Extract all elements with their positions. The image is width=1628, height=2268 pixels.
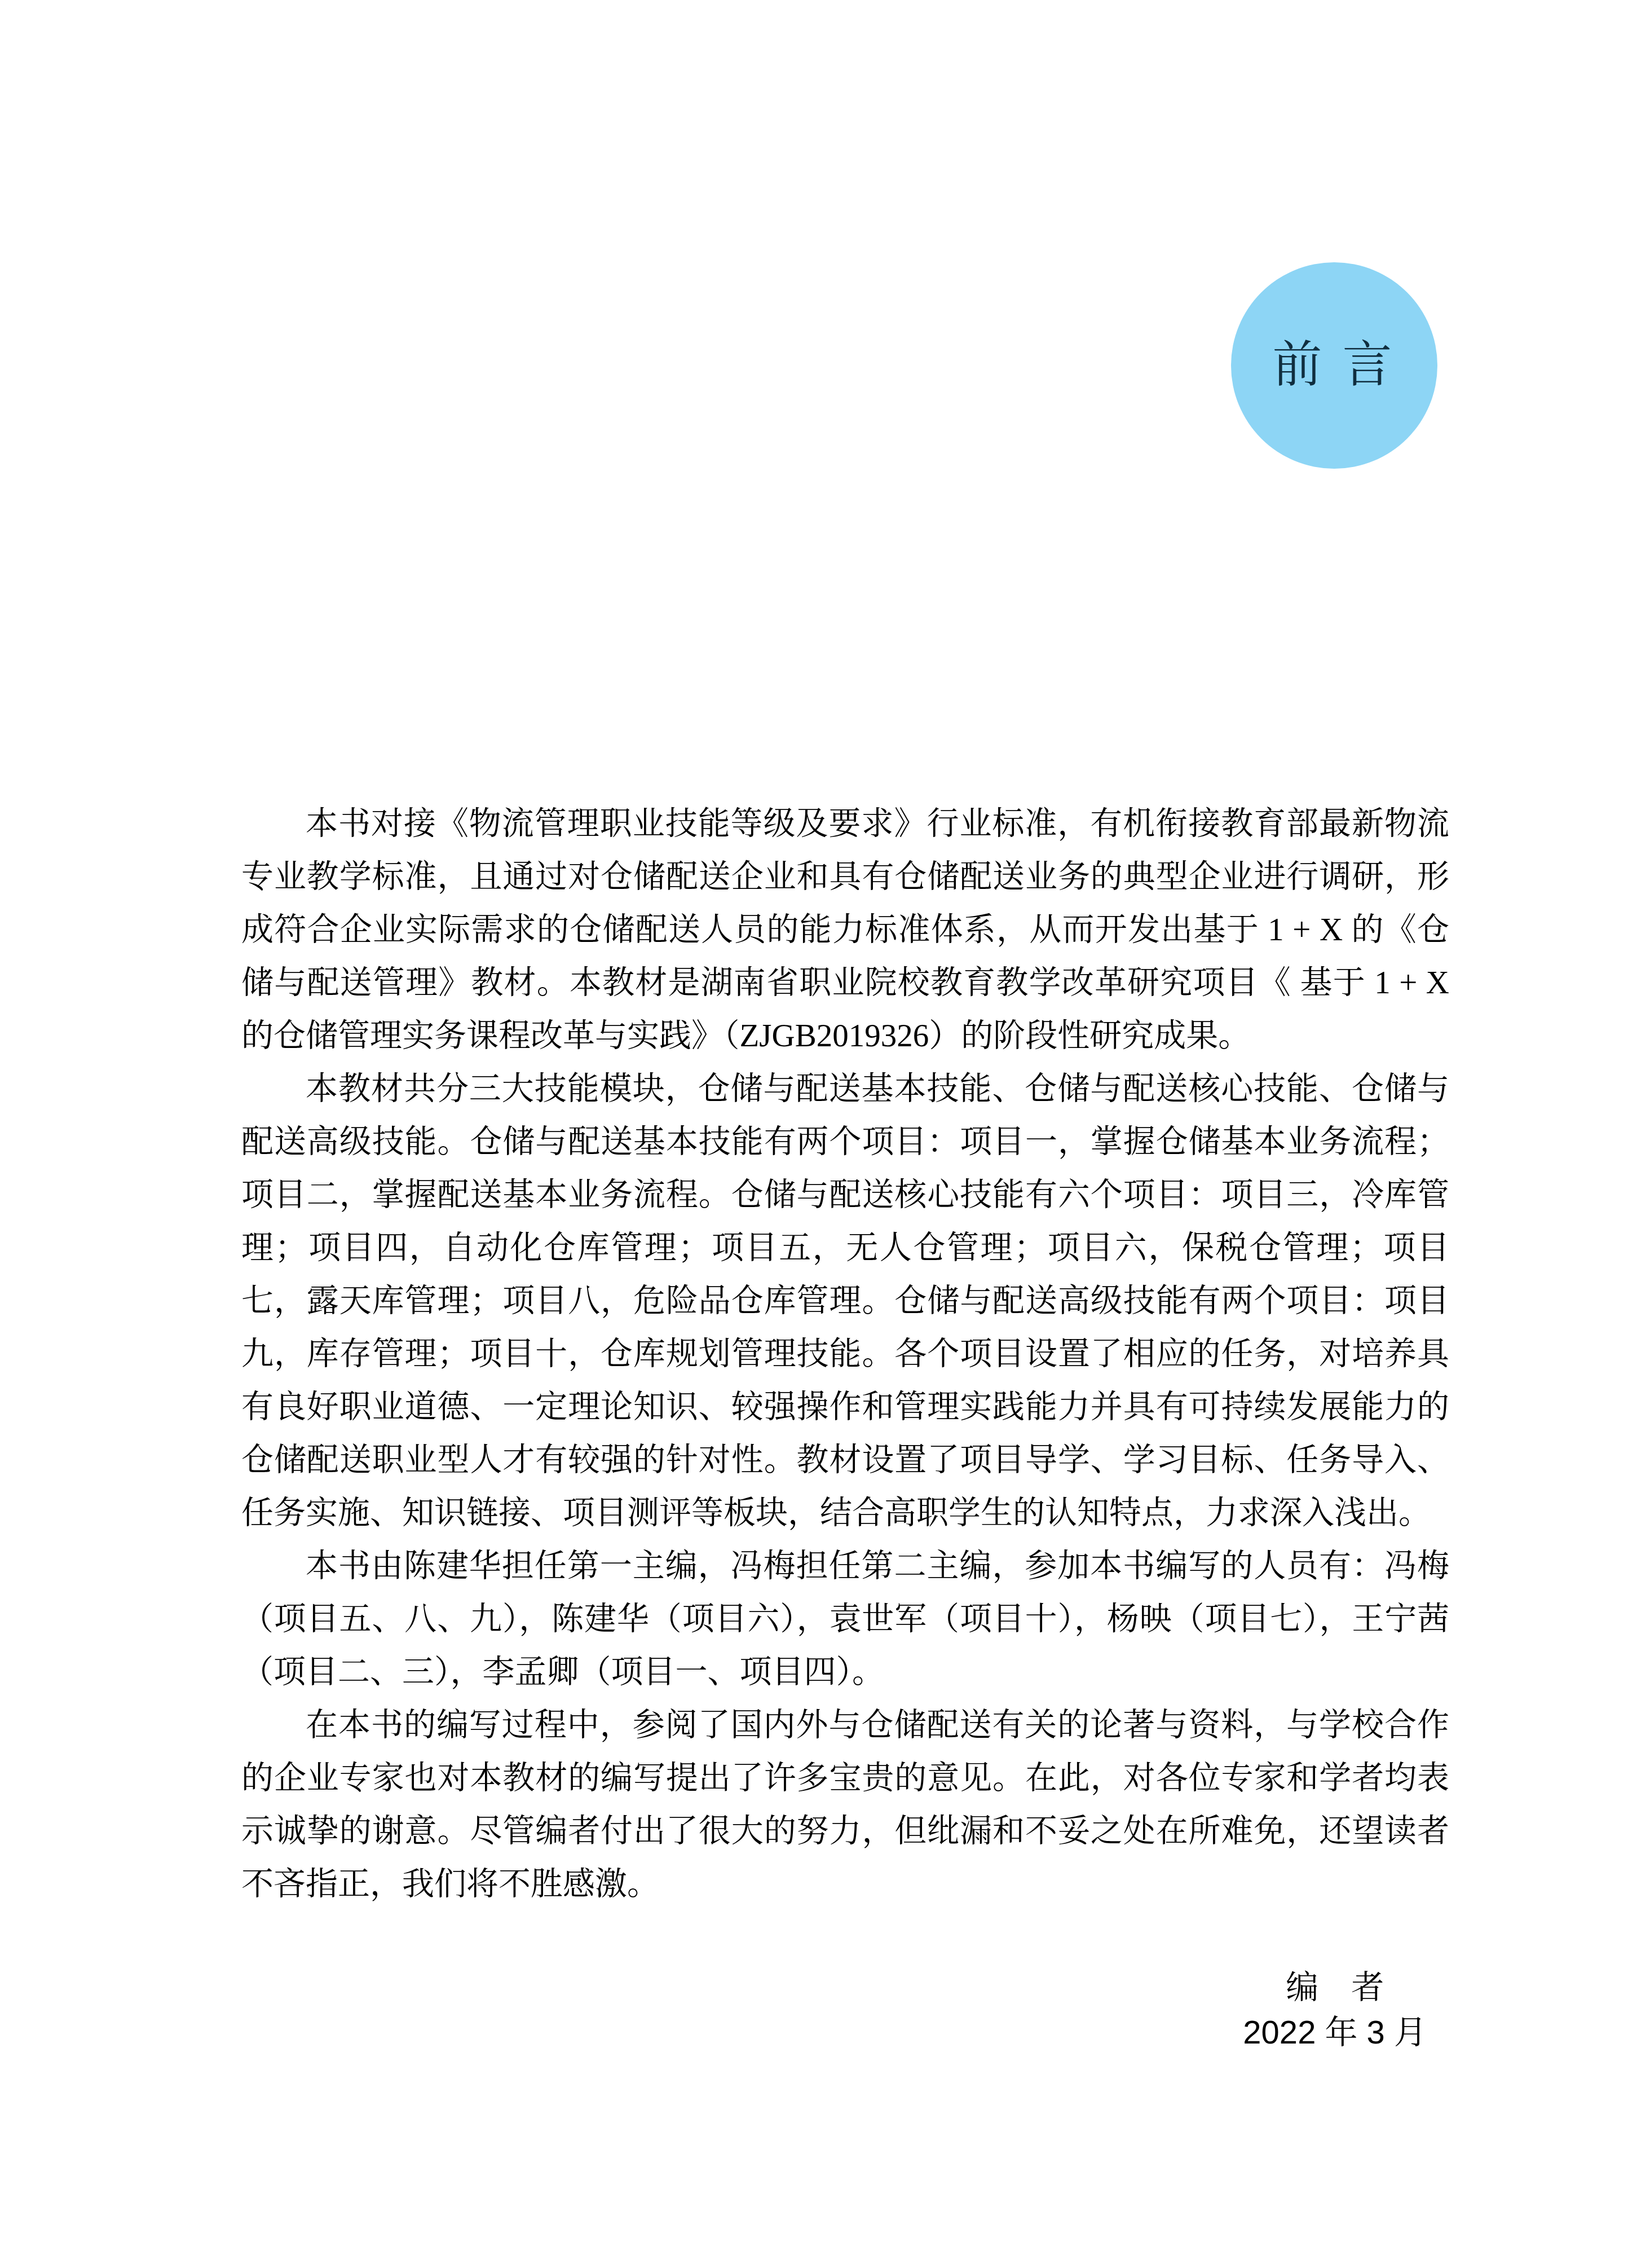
signature-author: 编 者 [1243,1965,1427,2010]
preface-page: 前 言 本书对接《物流管理职业技能等级及要求》行业标准，有机衔接教育部最新物流专… [0,0,1628,2268]
signature-date: 2022 年 3 月 [1243,2010,1427,2055]
paragraph-skill-modules: 本教材共分三大技能模块，仓储与配送基本技能、仓储与配送核心技能、仓储与配送高级技… [241,1063,1449,1540]
paragraph-editors-list: 本书由陈建华担任第一主编，冯梅担任第二主编，参加本书编写的人员有：冯梅（项目五、… [241,1540,1449,1699]
preface-title: 前 言 [1272,341,1396,390]
signature-block: 编 者 2022 年 3 月 [1243,1965,1427,2055]
paragraph-standards-background: 本书对接《物流管理职业技能等级及要求》行业标准，有机衔接教育部最新物流专业教学标… [241,798,1449,1063]
paragraph-acknowledgement: 在本书的编写过程中，参阅了国内外与仓储配送有关的论著与资料，与学校合作的企业专家… [241,1699,1449,1911]
preface-body: 本书对接《物流管理职业技能等级及要求》行业标准，有机衔接教育部最新物流专业教学标… [241,798,1449,1911]
preface-badge: 前 言 [1231,262,1437,469]
